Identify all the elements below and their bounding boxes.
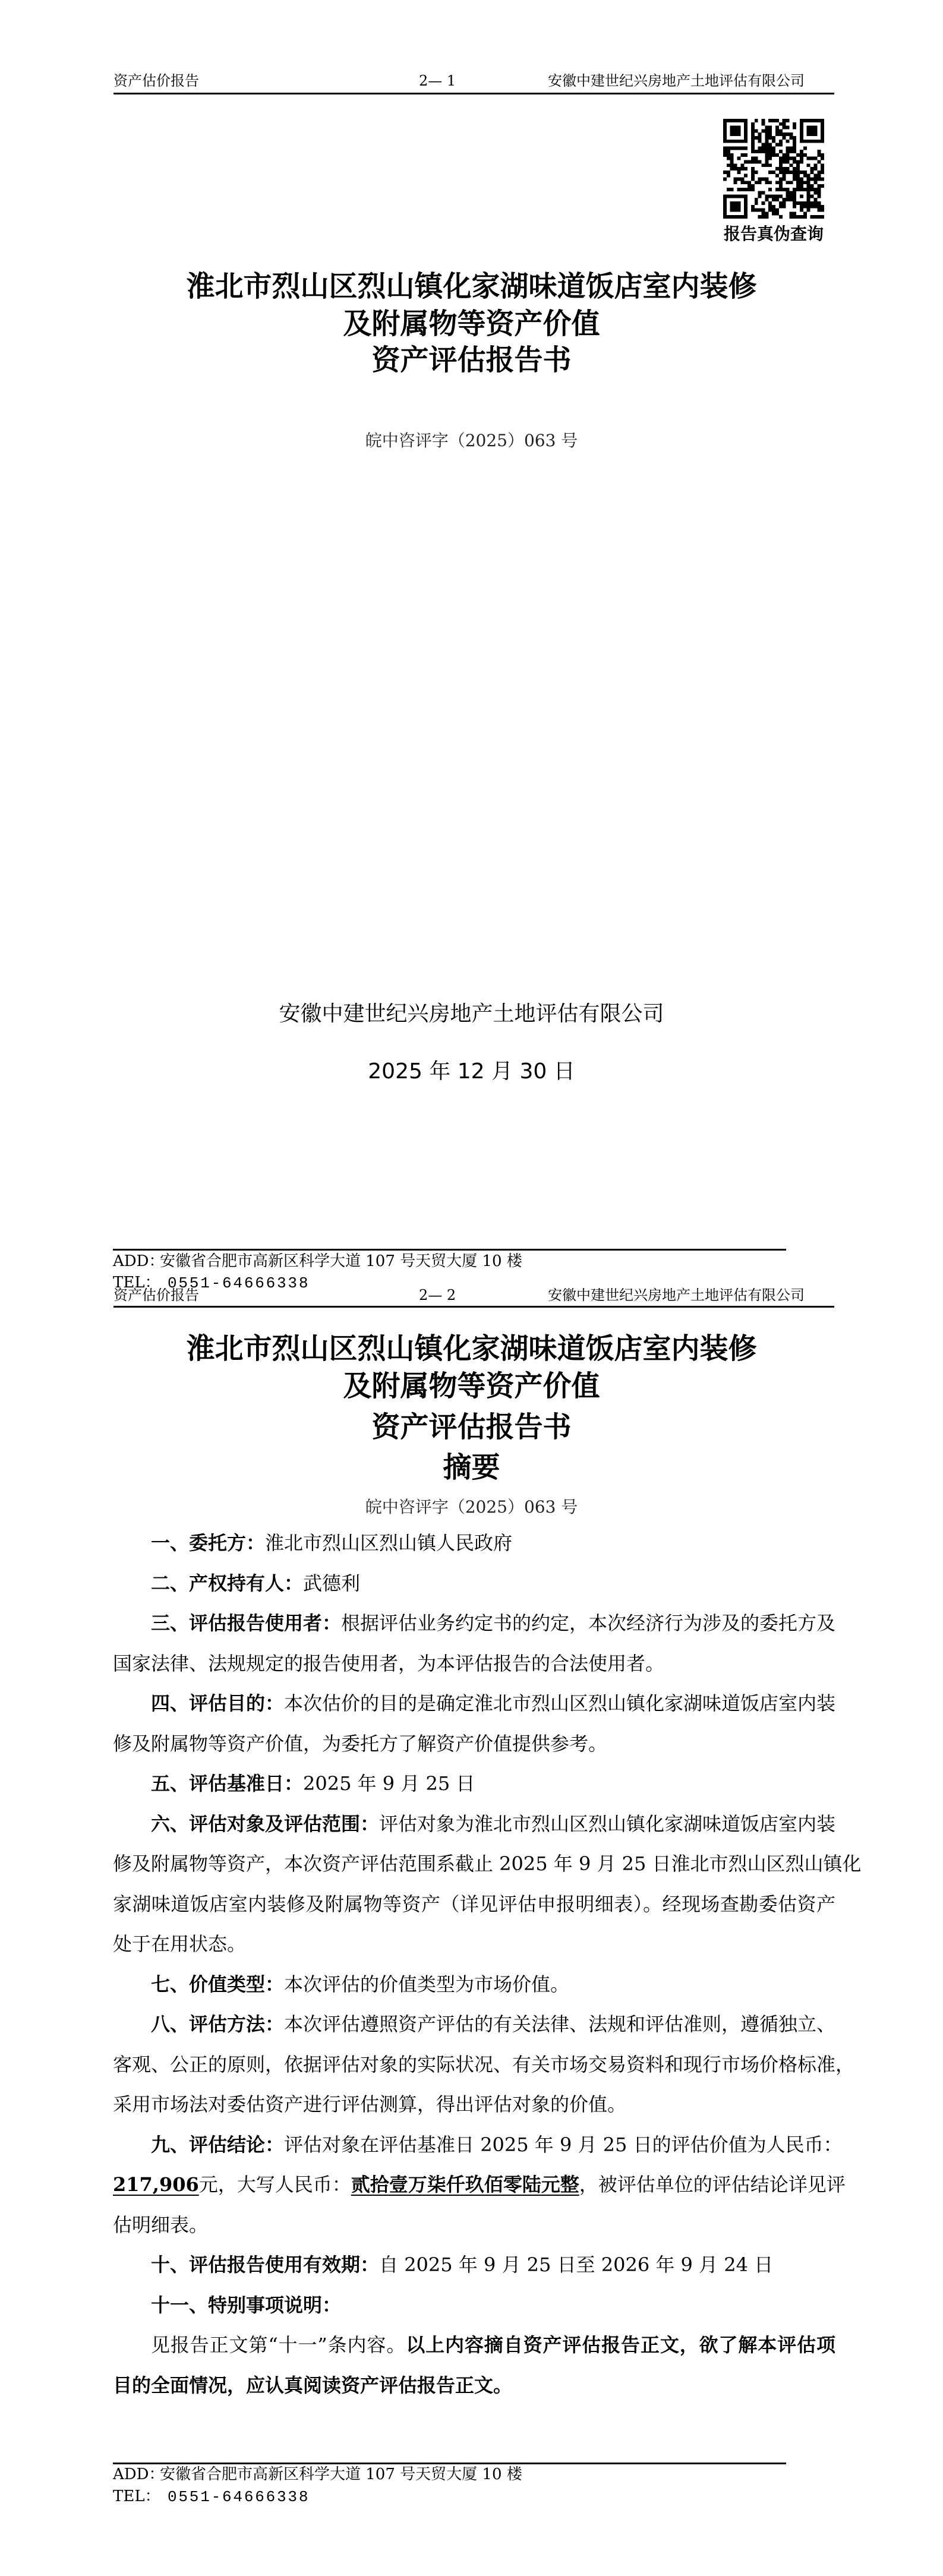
qr-code: [723, 119, 824, 219]
summary-paragraph: 六、评估对象及评估范围：评估对象为淮北市烈山区烈山镇化家湖味道饭店室内装修及附属…: [113, 1804, 835, 1965]
paragraph-line: 目的全面情况，应认真阅读资产评估报告正文。: [113, 2366, 835, 2406]
section-text: 2025 年 9 月 25 日: [303, 1772, 475, 1795]
report-title-line-1: 淮北市烈山区烈山镇化家湖味道饭店室内装修: [0, 269, 943, 304]
section-text: 估明细表。: [113, 2214, 208, 2236]
summary-paragraph: 九、评估结论：评估对象在评估基准日 2025 年 9 月 25 日的评估价值为人…: [113, 2125, 835, 2246]
telephone-value: 0551-64666338: [168, 2488, 310, 2506]
paragraph-line: 十、评估报告使用有效期：自 2025 年 9 月 25 日至 2026 年 9 …: [113, 2245, 835, 2285]
header-page-number: 2— 1: [419, 72, 456, 89]
report-title-line-3: 资产评估报告书: [0, 342, 943, 378]
paragraph-line: 一、委托方：淮北市烈山区烈山镇人民政府: [113, 1523, 835, 1564]
summary-heading: 摘要: [0, 1450, 943, 1485]
section-label: 一、委托方：: [151, 1532, 265, 1554]
emphasis-text: 目的全面情况，应认真阅读资产评估报告正文。: [113, 2374, 512, 2397]
telephone-label: TEL：: [113, 2487, 160, 2506]
report-document: 资产估价报告 2— 1 安徽中建世纪兴房地产土地评估有限公司 报告真伪查询 淮北…: [0, 0, 943, 2576]
summary-paragraph: 二、产权持有人：武德利: [113, 1564, 835, 1604]
header-rule: [113, 1306, 834, 1308]
paragraph-line: 六、评估对象及评估范围：评估对象为淮北市烈山区烈山镇化家湖味道饭店室内装: [113, 1804, 835, 1845]
summary-paragraph: 三、评估报告使用者：根据评估业务约定书的约定，本次经济行为涉及的委托方及国家法律…: [113, 1603, 835, 1684]
report-title-line-2: 及附属物等资产价值: [0, 1368, 943, 1404]
section-text: 见报告正文第“十一”条内容。: [151, 2334, 406, 2356]
section-text: 国家法律、法规规定的报告使用者，为本评估报告的合法使用者。: [113, 1652, 664, 1675]
paragraph-line: 家湖味道饭店室内装修及附属物等资产（详见评估申报明细表）。经现场查勘委估资产: [113, 1884, 835, 1925]
section-text: 本次评估的价值类型为市场价值。: [284, 1973, 569, 1996]
section-text: 根据评估业务约定书的约定，本次经济行为涉及的委托方及: [341, 1612, 835, 1634]
section-text: 本次评估遵照资产评估的有关法律、法规和评估准则，遵循独立、: [284, 2013, 835, 2035]
footer-rule: [113, 2463, 786, 2464]
section-text: ，被评估单位的评估结论详见评: [579, 2173, 846, 2196]
paragraph-line: 九、评估结论：评估对象在评估基准日 2025 年 9 月 25 日的评估价值为人…: [113, 2125, 835, 2165]
paragraph-line: 三、评估报告使用者：根据评估业务约定书的约定，本次经济行为涉及的委托方及: [113, 1603, 835, 1644]
section-label: 二、产权持有人：: [151, 1572, 303, 1595]
paragraph-line: 客观、公正的原则，依据评估对象的实际状况、有关市场交易资料和现行市场价格标准，: [113, 2045, 835, 2085]
section-text: 本次估价的目的是确定淮北市烈山区烈山镇化家湖味道饭店室内装: [284, 1692, 835, 1715]
summary-paragraph: 七、价值类型：本次评估的价值类型为市场价值。: [113, 1965, 835, 2005]
page-summary: 资产估价报告 2— 2 安徽中建世纪兴房地产土地评估有限公司 淮北市烈山区烈山镇…: [0, 1213, 943, 2501]
summary-paragraph: 五、评估基准日：2025 年 9 月 25 日: [113, 1764, 835, 1804]
address-label: ADD：: [113, 2465, 160, 2484]
qr-verify-label: 报告真伪查询: [720, 225, 828, 244]
paragraph-line: 四、评估目的：本次估价的目的是确定淮北市烈山区烈山镇化家湖味道饭店室内装: [113, 1684, 835, 1724]
section-label: 五、评估基准日：: [151, 1772, 303, 1795]
section-text: 自 2025 年 9 月 25 日至 2026 年 9 月 24 日: [379, 2253, 773, 2276]
report-title-line-2: 及附属物等资产价值: [0, 306, 943, 342]
section-label: 四、评估目的：: [151, 1692, 284, 1715]
section-text: 评估对象在评估基准日 2025 年 9 月 25 日的评估价值为人民币：: [284, 2133, 843, 2156]
paragraph-line: 修及附属物等资产，本次资产评估范围系截止 2025 年 9 月 25 日淮北市烈…: [113, 1844, 835, 1884]
address-value: 安徽省合肥市高新区科学大道 107 号天贸大厦 10 楼: [160, 2465, 522, 2483]
summary-paragraph: 八、评估方法：本次评估遵照资产评估的有关法律、法规和评估准则，遵循独立、客观、公…: [113, 2004, 835, 2125]
report-title-line-1: 淮北市烈山区烈山镇化家湖味道饭店室内装修: [0, 1331, 943, 1366]
section-label: 三、评估报告使用者：: [151, 1612, 341, 1634]
paragraph-line: 国家法律、法规规定的报告使用者，为本评估报告的合法使用者。: [113, 1644, 835, 1684]
summary-paragraph: 见报告正文第“十一”条内容。以上内容摘自资产评估报告正文，欲了解本评估项目的全面…: [113, 2325, 835, 2405]
summary-paragraph: 四、评估目的：本次估价的目的是确定淮北市烈山区烈山镇化家湖味道饭店室内装修及附属…: [113, 1684, 835, 1764]
section-label: 六、评估对象及评估范围：: [151, 1813, 379, 1835]
section-text: 元，大写人民币：: [199, 2173, 351, 2196]
section-label: 十、评估报告使用有效期：: [151, 2253, 379, 2276]
paragraph-line: 五、评估基准日：2025 年 9 月 25 日: [113, 1764, 835, 1804]
summary-paragraph: 十、评估报告使用有效期：自 2025 年 9 月 25 日至 2026 年 9 …: [113, 2245, 835, 2285]
paragraph-line: 处于在用状态。: [113, 1924, 835, 1965]
paragraph-line: 217,906元，大写人民币：贰拾壹万柒仟玖佰零陆元整，被评估单位的评估结论详见…: [113, 2165, 835, 2205]
section-text: 家湖味道饭店室内装修及附属物等资产（详见评估申报明细表）。经现场查勘委估资产: [113, 1893, 835, 1915]
section-text: 淮北市烈山区烈山镇人民政府: [265, 1532, 512, 1554]
paragraph-line: 采用市场法对委估资产进行评估测算，得出评估对象的价值。: [113, 2085, 835, 2125]
section-label: 九、评估结论：: [151, 2133, 284, 2156]
paragraph-line: 修及附属物等资产价值，为委托方了解资产价值提供参考。: [113, 1724, 835, 1764]
header-left-text: 资产估价报告: [113, 72, 199, 89]
paragraph-line: 估明细表。: [113, 2205, 835, 2246]
header-page-number: 2— 2: [419, 1287, 456, 1303]
valuation-amount: 217,906: [113, 2173, 199, 2196]
summary-body: 一、委托方：淮北市烈山区烈山镇人民政府二、产权持有人：武德利三、评估报告使用者：…: [113, 1523, 835, 2405]
paragraph-line: 二、产权持有人：武德利: [113, 1564, 835, 1604]
emphasis-text: 以上内容摘自资产评估报告正文，欲了解本评估项: [406, 2334, 835, 2356]
valuation-amount: 贰拾壹万柒仟玖佰零陆元整: [351, 2173, 579, 2196]
paragraph-line: 七、价值类型：本次评估的价值类型为市场价值。: [113, 1965, 835, 2005]
paragraph-line: 八、评估方法：本次评估遵照资产评估的有关法律、法规和评估准则，遵循独立、: [113, 2004, 835, 2045]
section-text: 修及附属物等资产价值，为委托方了解资产价值提供参考。: [113, 1732, 607, 1755]
header-rule: [113, 93, 834, 94]
qr-code-icon: [723, 119, 824, 219]
paragraph-line: 十一、特别事项说明：: [113, 2285, 835, 2326]
paragraph-line: 见报告正文第“十一”条内容。以上内容摘自资产评估报告正文，欲了解本评估项: [113, 2325, 835, 2366]
summary-paragraph: 一、委托方：淮北市烈山区烈山镇人民政府: [113, 1523, 835, 1564]
summary-paragraph: 十一、特别事项说明：: [113, 2285, 835, 2326]
document-number: 皖中咨评字（2025）063 号: [0, 1497, 943, 1518]
section-label: 十一、特别事项说明：: [151, 2294, 341, 2316]
issue-date: 2025 年 12 月 30 日: [0, 1059, 943, 1085]
section-text: 修及附属物等资产，本次资产评估范围系截止 2025 年 9 月 25 日淮北市烈…: [113, 1852, 862, 1875]
section-text: 武德利: [303, 1572, 360, 1595]
section-label: 七、价值类型：: [151, 1973, 284, 1996]
section-text: 评估对象为淮北市烈山区烈山镇化家湖味道饭店室内装: [379, 1813, 835, 1835]
section-label: 八、评估方法：: [151, 2013, 284, 2035]
footer-telephone: TEL：0551-64666338: [113, 2487, 310, 2506]
document-number: 皖中咨评字（2025）063 号: [0, 430, 943, 452]
header-company-name: 安徽中建世纪兴房地产土地评估有限公司: [548, 1287, 805, 1303]
footer-address: ADD：安徽省合肥市高新区科学大道 107 号天贸大厦 10 楼: [113, 2465, 522, 2484]
report-title-line-3: 资产评估报告书: [0, 1409, 943, 1445]
issuer-company: 安徽中建世纪兴房地产土地评估有限公司: [0, 1001, 943, 1027]
header-company-name: 安徽中建世纪兴房地产土地评估有限公司: [548, 72, 805, 89]
section-text: 采用市场法对委估资产进行评估测算，得出评估对象的价值。: [113, 2093, 626, 2116]
header-left-text: 资产估价报告: [113, 1287, 199, 1303]
section-text: 处于在用状态。: [113, 1933, 246, 1955]
section-text: 客观、公正的原则，依据评估对象的实际状况、有关市场交易资料和现行市场价格标准，: [113, 2053, 854, 2076]
page-cover: 资产估价报告 2— 1 安徽中建世纪兴房地产土地评估有限公司 报告真伪查询 淮北…: [0, 0, 943, 1288]
